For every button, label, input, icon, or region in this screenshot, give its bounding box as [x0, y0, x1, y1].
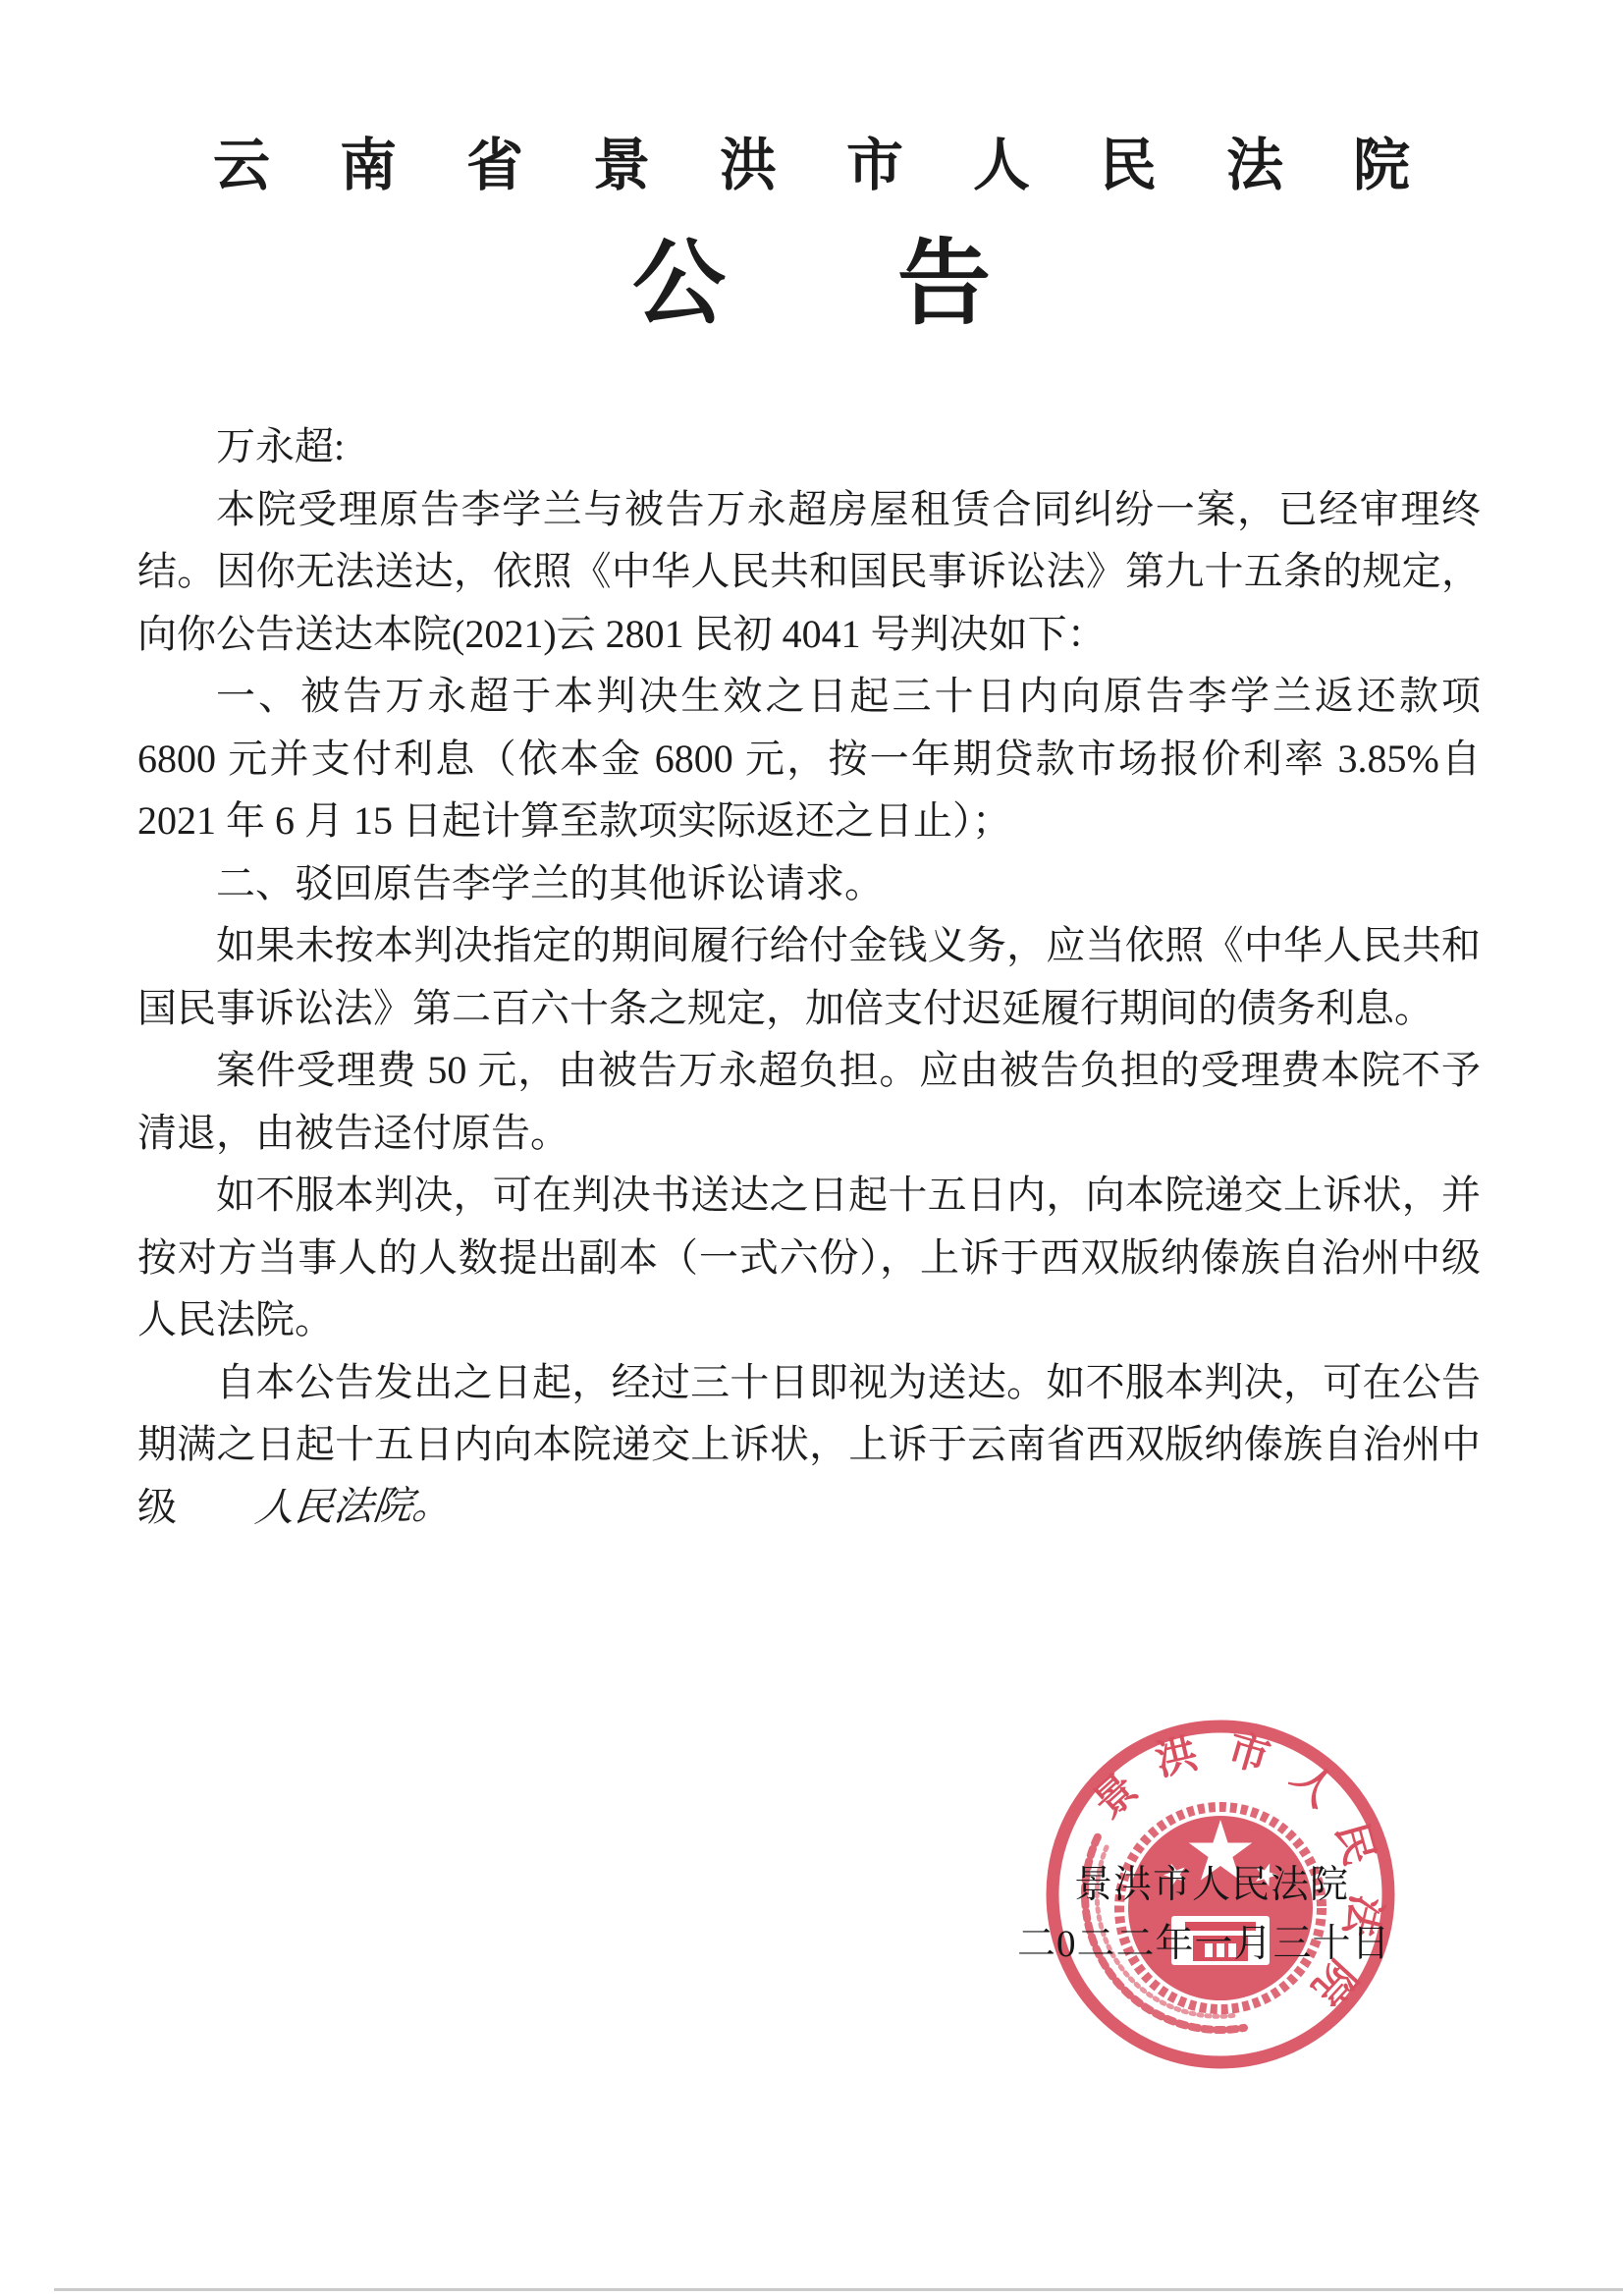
scan-artifact-line	[54, 2288, 1623, 2291]
page-title: 云南省景洪市人民法院	[0, 0, 1623, 194]
announcement-page: 云南省景洪市人民法院 公告 万永超: 本院受理原告李学兰与被告万永超房屋租赁合同…	[0, 0, 1623, 2296]
paragraph-judgment-item-2: 二、驳回原告李学兰的其他诉讼请求。	[137, 852, 1481, 915]
paragraph-late-payment-interest: 如果未按本判决指定的期间履行给付金钱义务，应当依照《中华人民共和国民事诉讼法》第…	[137, 914, 1481, 1039]
document-type-heading: 公告	[0, 238, 1623, 331]
paragraph-service-period: 自本公告发出之日起，经过三十日即视为送达。如不服本判决，可在公告期满之日起十五日…	[137, 1351, 1481, 1539]
paragraph-court-fee: 案件受理费 50 元，由被告万永超负担。应由被告负担的受理费本院不予清退，由被告…	[137, 1039, 1481, 1164]
national-emblem-icon	[1119, 1807, 1322, 2009]
salutation: 万永超:	[137, 415, 1481, 478]
signature-court-name: 景洪市人民法院	[1074, 1865, 1349, 1907]
paragraph-appeal-rights: 如不服本判决，可在判决书送达之日起十五日内，向本院递交上诉状，并按对方当事人的人…	[137, 1164, 1481, 1351]
paragraph-case-intro: 本院受理原告李学兰与被告万永超房屋租赁合同纠纷一案，已经审理终结。因你无法送达，…	[137, 478, 1481, 666]
handwritten-court-name: 人民法院。	[173, 1473, 455, 1540]
signature-date: 二0二二年一月三十日	[1017, 1924, 1391, 1966]
paragraph-judgment-item-1: 一、被告万永超于本判决生效之日起三十日内向原告李学兰返还款项 6800 元并支付…	[137, 665, 1481, 852]
announcement-body: 万永超: 本院受理原告李学兰与被告万永超房屋租赁合同纠纷一案，已经审理终结。因你…	[137, 415, 1481, 1538]
